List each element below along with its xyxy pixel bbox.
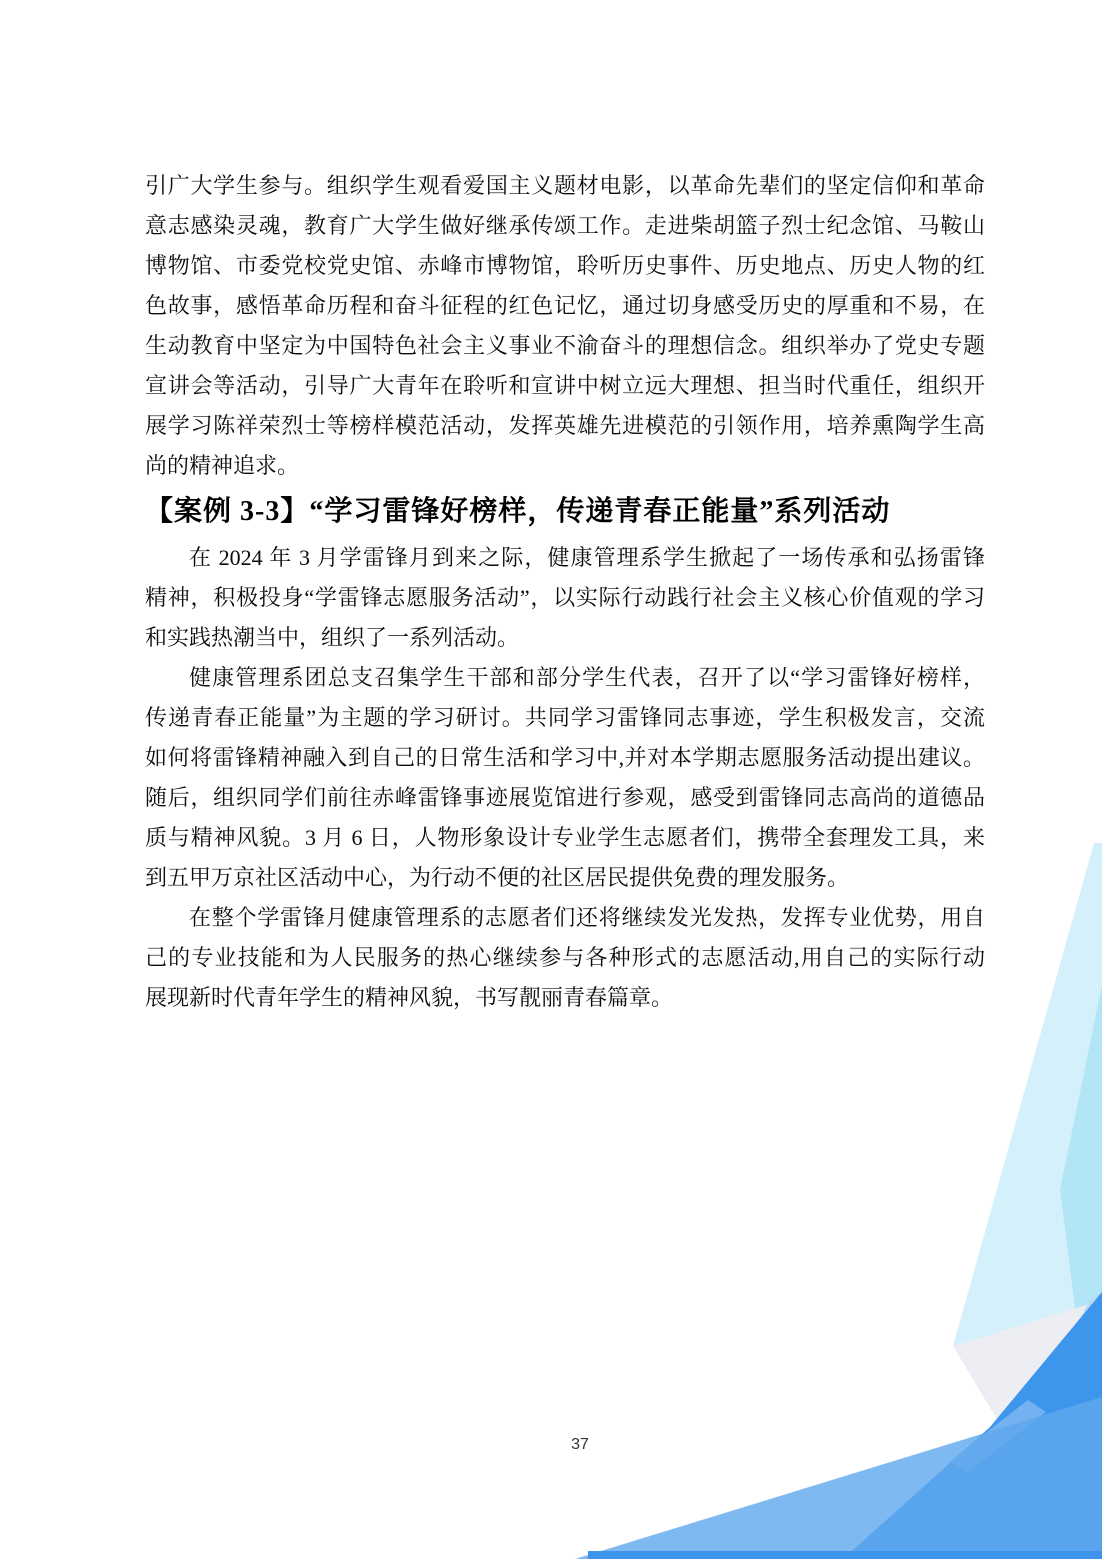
text-line: 到五甲万京社区活动中心，为行动不便的社区居民提供免费的理发服务。	[145, 858, 985, 898]
text-line: 精神，积极投身“学雷锋志愿服务活动”，以实际行动践行社会主义核心价值观的学习	[145, 578, 985, 618]
text-line: 随后，组织同学们前往赤峰雷锋事迹展览馆进行参观，感受到雷锋同志高尚的道德品	[145, 778, 985, 818]
document-body: 引广大学生参与。组织学生观看爱国主义题材电影，以革命先辈们的坚定信仰和革命意志感…	[145, 166, 985, 1018]
text-line: 意志感染灵魂，教育广大学生做好继承传颂工作。走进柴胡篮子烈士纪念馆、马鞍山	[145, 206, 985, 246]
text-line: 引广大学生参与。组织学生观看爱国主义题材电影，以革命先辈们的坚定信仰和革命	[145, 166, 985, 206]
text-line: 展学习陈祥荣烈士等榜样模范活动，发挥英雄先进模范的引领作用，培养熏陶学生高	[145, 406, 985, 446]
text-line: 己的专业技能和为人民服务的热心继续参与各种形式的志愿活动,用自己的实际行动	[145, 938, 985, 978]
text-line: 传递青春正能量”为主题的学习研讨。共同学习雷锋同志事迹，学生积极发言，交流	[145, 698, 985, 738]
text-line: 博物馆、市委党校党史馆、赤峰市博物馆，聆听历史事件、历史地点、历史人物的红	[145, 246, 985, 286]
document-page: 引广大学生参与。组织学生观看爱国主义题材电影，以革命先辈们的坚定信仰和革命意志感…	[0, 0, 1102, 1559]
text-line: 尚的精神追求。	[145, 446, 985, 486]
decor-band-light-blue	[575, 1397, 1102, 1559]
text-line: 和实践热潮当中，组织了一系列活动。	[145, 618, 985, 658]
decor-triangle-blue-light	[1004, 1292, 1102, 1458]
decor-triangle-cyan-deep	[1060, 985, 1102, 1330]
text-line: 色故事，感悟革命历程和奋斗征程的红色记忆，通过切身感受历史的厚重和不易，在	[145, 286, 985, 326]
decor-triangle-lavender	[953, 1302, 1096, 1446]
text-line: 展现新时代青年学生的精神风貌，书写靓丽青春篇章。	[145, 978, 985, 1018]
page-number: 37	[530, 1436, 630, 1454]
decor-triangle-blue-medium	[843, 1292, 1102, 1559]
text-line: 在整个学雷锋月健康管理系的志愿者们还将继续发光发热，发挥专业优势，用自	[145, 898, 985, 938]
text-line: 质与精神风貌。3 月 6 日，人物形象设计专业学生志愿者们，携带全套理发工具，来	[145, 818, 985, 858]
case-heading: 【案例 3-3】“学习雷锋好榜样，传递青春正能量”系列活动	[145, 486, 985, 538]
text-line: 在 2024 年 3 月学雷锋月到来之际，健康管理系学生掀起了一场传承和弘扬雷锋	[145, 538, 985, 578]
text-line: 如何将雷锋精神融入到自己的日常生活和学习中,并对本学期志愿服务活动提出建议。	[145, 738, 985, 778]
text-line: 健康管理系团总支召集学生干部和部分学生代表，召开了以“学习雷锋好榜样，	[145, 658, 985, 698]
text-line: 生动教育中坚定为中国特色社会主义事业不渝奋斗的理想信念。组织举办了党史专题	[145, 326, 985, 366]
decor-slash-light	[948, 1400, 1046, 1472]
text-line: 宣讲会等活动，引导广大青年在聆听和宣讲中树立远大理想、担当时代重任，组织开	[145, 366, 985, 406]
decor-strip-bottom	[588, 1551, 1102, 1559]
